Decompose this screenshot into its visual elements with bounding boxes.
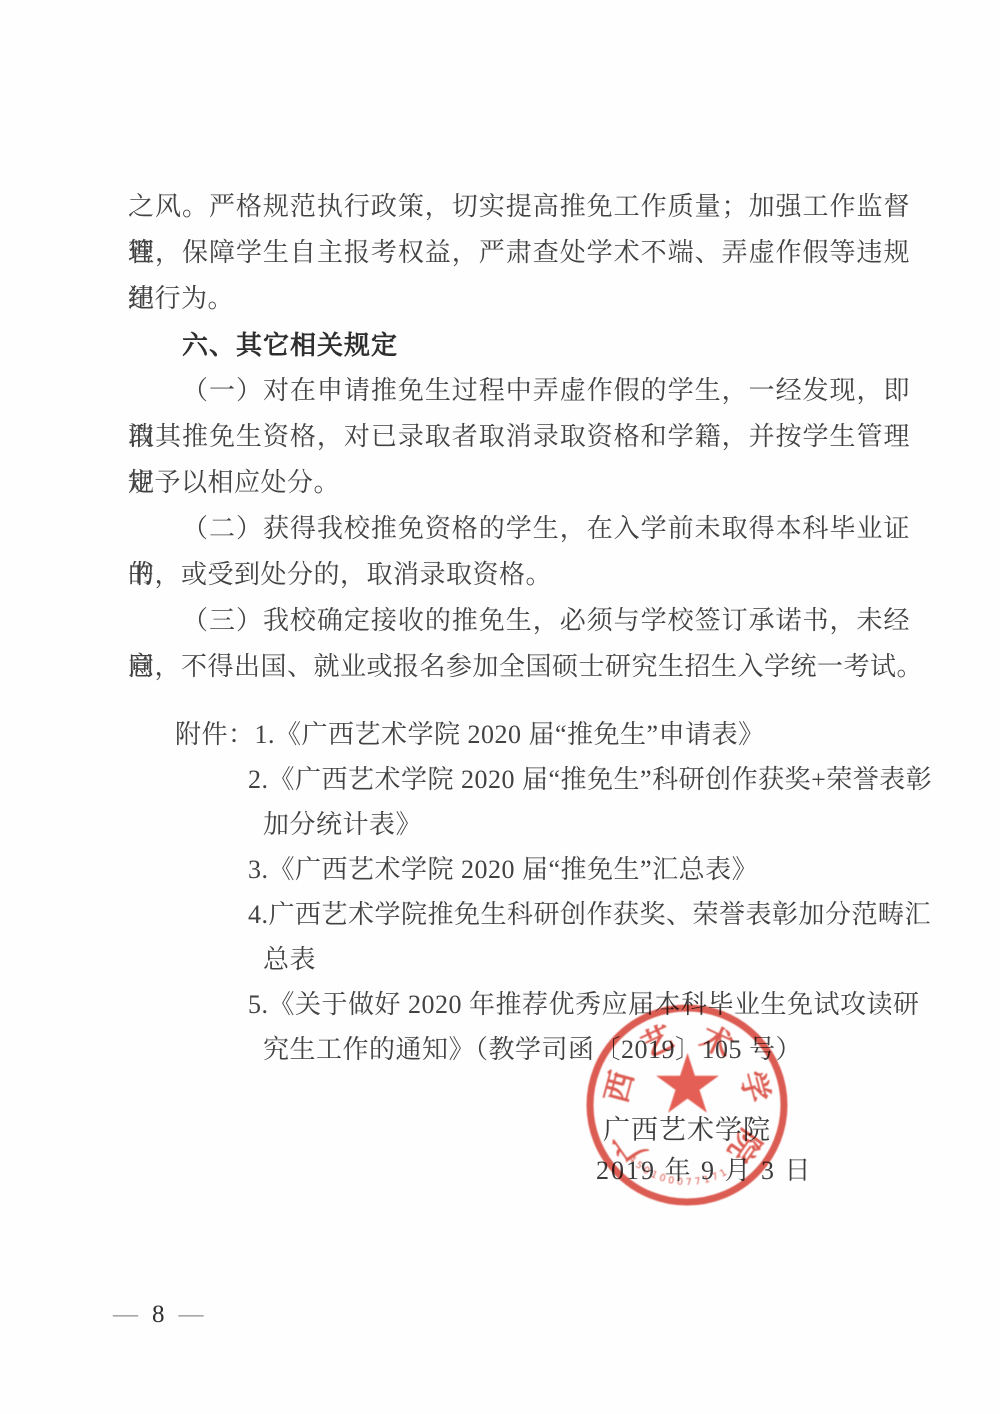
body-line: （三）我校确定接收的推免生，必须与学校签订承诺书，未经同 — [128, 598, 910, 644]
document-page: 之风。严格规范执行政策，切实提高推免工作质量；加强工作监督管 理，保障学生自主报… — [0, 0, 1000, 1414]
seal-ring — [590, 1008, 784, 1202]
section-heading: 六、其它相关规定 — [128, 322, 910, 368]
body-line: 纪行为。 — [128, 276, 910, 322]
attachment-line: 究生工作的通知》（教学司函〔2019〕105 号） — [128, 1027, 928, 1072]
body-line: 的，或受到处分的，取消录取资格。 — [128, 552, 910, 598]
body-line: 定予以相应处分。 — [128, 460, 910, 506]
seal-char: 术 — [695, 1019, 738, 1064]
body-line: 意，不得出国、就业或报名参加全国硕士研究生招生入学统一考试。 — [128, 644, 910, 690]
body-line: 之风。严格规范执行政策，切实提高推免工作质量；加强工作监督管 — [128, 184, 910, 230]
seal-code: 450100077171 — [626, 1154, 731, 1188]
official-seal: 广 西 艺 术 学 院 450100077171 — [583, 1001, 791, 1209]
seal-char: 西 — [598, 1067, 640, 1106]
attachment-line: 总表 — [128, 937, 928, 982]
body-text-block: 之风。严格规范执行政策，切实提高推免工作质量；加强工作监督管 理，保障学生自主报… — [128, 184, 910, 690]
attachments-block: 附件：1.《广西艺术学院 2020 届“推免生”申请表》 2.《广西艺术学院 2… — [128, 712, 928, 1072]
attachment-line: 5.《关于做好 2020 年推荐优秀应届本科毕业生免试攻读研 — [128, 982, 928, 1027]
page-number-dash-left: — — [113, 1301, 138, 1328]
body-line: （一）对在申请推免生过程中弄虚作假的学生，一经发现，即取 — [128, 368, 910, 414]
seal-star — [656, 1053, 719, 1113]
body-line: 理，保障学生自主报考权益，严肃查处学术不端、弄虚作假等违规违 — [128, 230, 910, 276]
page-number-dash-right: — — [179, 1301, 204, 1328]
attachment-line: 附件：1.《广西艺术学院 2020 届“推免生”申请表》 — [128, 712, 928, 757]
attachment-line: 4.广西艺术学院推免生科研创作获奖、荣誉表彰加分范畴汇 — [128, 892, 928, 937]
page-number: —8— — [113, 1298, 204, 1332]
seal-char: 院 — [721, 1123, 767, 1168]
page-number-value: 8 — [138, 1301, 179, 1328]
seal-graphic: 广 西 艺 术 学 院 450100077171 — [583, 1001, 791, 1209]
attachment-line: 2.《广西艺术学院 2020 届“推免生”科研创作获奖+荣誉表彰 — [128, 757, 928, 802]
attachment-line: 加分统计表》 — [128, 802, 928, 847]
body-line: （二）获得我校推免资格的学生，在入学前未取得本科毕业证书 — [128, 506, 910, 552]
attachment-line: 3.《广西艺术学院 2020 届“推免生”汇总表》 — [128, 847, 928, 892]
seal-char: 艺 — [636, 1019, 679, 1064]
body-line: 消其推免生资格，对已录取者取消录取资格和学籍，并按学生管理规 — [128, 414, 910, 460]
seal-char: 学 — [734, 1067, 776, 1106]
